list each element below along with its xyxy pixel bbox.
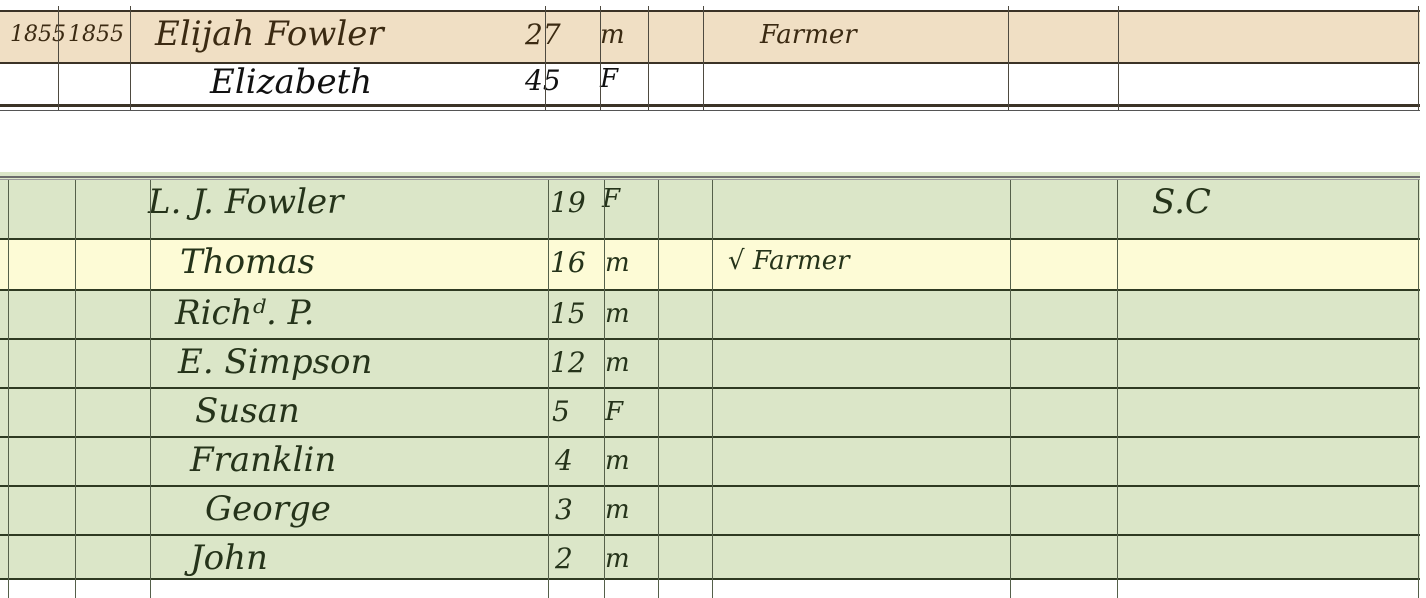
person-age: 4 [555,444,573,477]
top-rule [0,176,1420,180]
row-rule [0,104,1420,107]
person-age: 15 [550,297,586,330]
census-row-susan[interactable]: Susan 5 F [0,389,1420,438]
person-name: Richᵈ. P. [175,293,314,333]
birthplace-note: S.C [1152,182,1211,222]
person-age: 27 [525,18,561,51]
census-row-george[interactable]: George 3 m [0,487,1420,536]
census-row-elizabeth[interactable]: Elizabeth 45 F [0,64,1420,104]
person-name: L. J. Fowler [148,182,343,222]
census-row-elijah-fowler[interactable]: 1855 1855 Elijah Fowler 27 m Farmer [0,12,1420,62]
person-name: John [190,538,268,578]
row-rule [0,110,1420,111]
census-fragment-bottom: L. J. Fowler 19 F S.C Thomas 16 m √ Farm… [0,172,1426,598]
person-age: 12 [550,346,586,379]
person-sex: F [605,397,623,427]
next-row-cutoff [0,580,1420,598]
census-row-e-simpson[interactable]: E. Simpson 12 m [0,340,1420,389]
person-sex: m [605,299,630,329]
census-row-franklin[interactable]: Franklin 4 m [0,438,1420,487]
person-occupation: Farmer [760,20,857,50]
census-row-thomas[interactable]: Thomas 16 m √ Farmer [0,240,1420,289]
person-sex: m [605,248,630,278]
census-row-lj-fowler[interactable]: L. J. Fowler 19 F S.C [0,182,1420,231]
person-occupation: √ Farmer [728,246,850,276]
person-age: 2 [555,542,573,575]
person-sex: m [605,446,630,476]
person-age: 5 [552,395,570,428]
person-age: 16 [550,246,586,279]
person-name: Susan [195,391,300,431]
person-sex: F [600,64,618,94]
person-sex: m [605,544,630,574]
person-sex: m [605,495,630,525]
person-name: George [205,489,331,529]
person-age: 19 [550,186,586,219]
person-age: 3 [555,493,573,526]
person-name: Franklin [190,440,336,480]
person-name: Elijah Fowler [155,14,384,54]
person-sex: m [600,20,625,50]
person-sex: m [605,348,630,378]
person-name: E. Simpson [178,342,372,382]
census-fragment-top: 1855 1855 Elijah Fowler 27 m Farmer Eliz… [0,0,1426,116]
family-number: 1855 [68,22,124,47]
census-row-richard[interactable]: Richᵈ. P. 15 m [0,291,1420,340]
person-name: Thomas [180,242,315,282]
person-name: Elizabeth [210,62,372,102]
person-age: 45 [525,64,561,97]
